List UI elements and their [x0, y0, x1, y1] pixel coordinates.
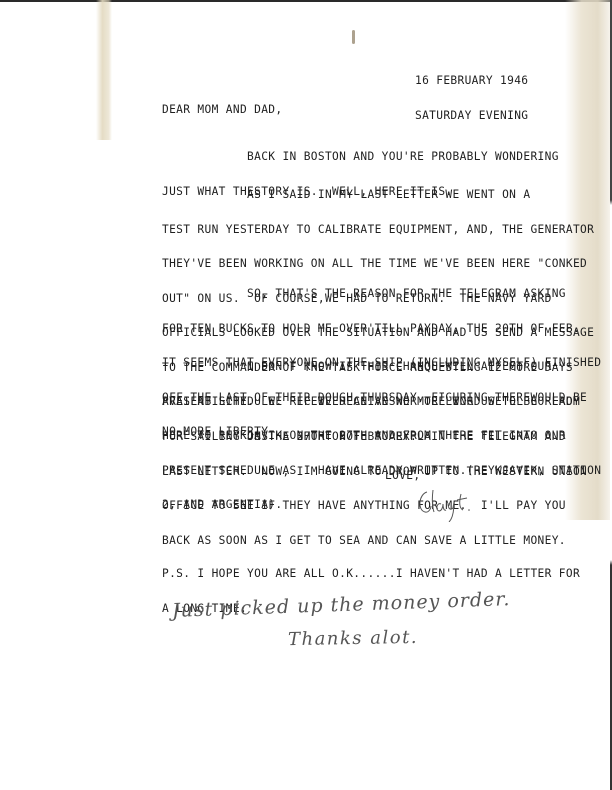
salutation: DEAR MOM AND DAD, [162, 104, 282, 116]
paragraph-line: SO, THAT'S THE REASON FOR THE TELEGRAM A… [162, 288, 601, 300]
postscript-line: P.S. I HOPE YOU ARE ALL O.K......I HAVEN… [162, 568, 580, 580]
paper-discoloration-left [96, 0, 112, 140]
scan-top-edge [0, 0, 612, 2]
paragraph-line: BACK IN BOSTON AND YOU'RE PROBABLY WONDE… [162, 151, 559, 163]
handwritten-signature [415, 482, 475, 522]
paragraph-line: OFFICE TO SEE IF THEY HAVE ANYTHING FOR … [162, 500, 587, 512]
pin-mark [352, 30, 355, 44]
closing: LOVE, [385, 470, 420, 482]
paragraph-line: AS I SAID IN MY LAST LETTER WE WENT ON A [162, 189, 594, 201]
paragraph-line: LAST LETTER. NOW, I'M GOING TO DROP UP T… [162, 466, 587, 478]
paragraph-line: FOR TEN BUCKS TO HOLD ME OVER'TILL PAYDA… [162, 323, 601, 335]
paragraph-line: JUST A SHORT NOTE TO EXPLAIN THE TELEGRA… [162, 431, 587, 443]
handwritten-note-line-2: Thanks alot. [288, 627, 418, 650]
paragraph-line: I DON'T KNOW IF THIS CHANGE WILL AFFECT … [162, 361, 601, 373]
letter-date: 16 FEBRUARY 1946 [415, 75, 528, 87]
postscript: P.S. I HOPE YOU ARE ALL O.K......I HAVEN… [162, 545, 580, 637]
paragraph-line: TEST RUN YESTERDAY TO CALIBRATE EQUIPMEN… [162, 224, 594, 236]
letter-day: SATURDAY EVENING [415, 110, 528, 122]
paragraph-line: PRESENT SCHEDULE. IF WE RECEIVE NO MORE … [162, 396, 601, 408]
scanned-letter-page: 16 FEBRUARY 1946 SATURDAY EVENING DEAR M… [0, 0, 612, 790]
